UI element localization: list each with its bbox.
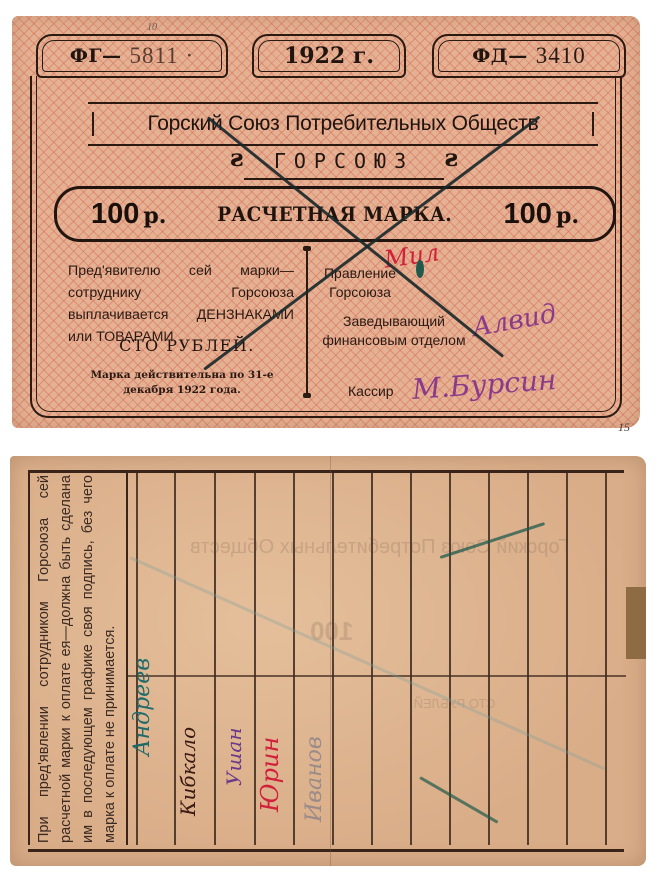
serial-cartouche-right: ФД— 3410 (432, 34, 626, 78)
ink-blot (416, 260, 424, 278)
series-left: ФГ— (70, 45, 122, 67)
column-divider (306, 246, 308, 398)
scroll-ornament-right-icon: ꙅ (444, 146, 458, 170)
denomination-right-value: 100 (504, 198, 552, 230)
amount-in-words: СТО РУБЛЕЙ. (92, 336, 282, 355)
ink-stroke (419, 776, 498, 823)
back-signature-2: Кибкало (176, 727, 200, 816)
grid-column-line (449, 473, 451, 845)
grid-column-line (605, 473, 607, 845)
denomination-left-value: 100 (91, 198, 139, 230)
organization-band: Горский Союз Потребительных Обществ (88, 102, 598, 146)
back-signature-4: Юрин (256, 737, 284, 812)
back-signature-1: Андреев (130, 658, 155, 756)
notice-panel: При пред'явлении сотрудником Горсоюза се… (28, 473, 128, 845)
bleed-through-payment-text: СТО РУБЛЕЙ. (410, 696, 495, 711)
serial-cartouche-left: ФГ— 5811 · (36, 34, 228, 78)
bleed-through-denomination: 100 (310, 616, 353, 647)
finance-label: Заведывающий финансовым отделом (314, 312, 474, 350)
back-signature-3: Ушан (222, 728, 246, 787)
bottom-rule (28, 849, 624, 852)
grid-column-line (371, 473, 373, 845)
serial-number-right: 3410 (536, 43, 586, 69)
payment-text: Пред'явителю сей марки—сотруднику Горсою… (68, 260, 294, 348)
pencil-note-top: 10 (147, 22, 157, 33)
validity-text: Марка действительна по 31-е декабря 1922… (72, 368, 292, 398)
short-name-band: ꙅ ГОРСОЮЗ ꙅ (244, 144, 444, 180)
paper-tab (626, 587, 646, 659)
cashier-label: Кассир (348, 382, 394, 401)
grid-column-line (293, 473, 295, 845)
year-cartouche: 1922 г. (252, 34, 406, 78)
grid-column-line (214, 473, 216, 845)
faint-cross-line (129, 556, 605, 770)
stamp-front: 10 ФГ— 5811 · 1922 г. ФД— 3410 Горский С… (12, 16, 640, 428)
pencil-note-bottom: 15 (618, 420, 630, 435)
stamp-back: При пред'явлении сотрудником Горсоюза се… (10, 456, 646, 866)
series-right: ФД— (472, 45, 527, 67)
grid-column-line (488, 473, 490, 845)
fold-crease (330, 456, 331, 866)
grid-middle-rule (126, 675, 626, 677)
organization-name: Горский Союз Потребительных Обществ (147, 112, 538, 136)
denomination-right: 100р. (504, 198, 579, 231)
organization-short-name: ГОРСОЮЗ (274, 149, 414, 173)
denomination-band: 100р. РАСЧЕТНАЯ МАРКА. 100р. (54, 186, 616, 242)
issue-year: 1922 г. (284, 43, 374, 69)
grid-column-line (410, 473, 412, 845)
serial-number-left: 5811 · (130, 43, 195, 69)
grid-column-line (566, 473, 568, 845)
grid-column-line (332, 473, 334, 845)
scroll-ornament-left-icon: ꙅ (230, 146, 244, 170)
denomination-left: 100р. (91, 198, 166, 231)
back-signature-5: Иванов (302, 736, 327, 822)
bleed-through-org-name: Горский Союз Потребительных Обществ (190, 536, 569, 559)
denomination-right-unit: р. (556, 203, 579, 229)
denomination-left-unit: р. (143, 203, 166, 229)
back-notice-text: При пред'явлении сотрудником Горсоюза се… (33, 475, 123, 843)
